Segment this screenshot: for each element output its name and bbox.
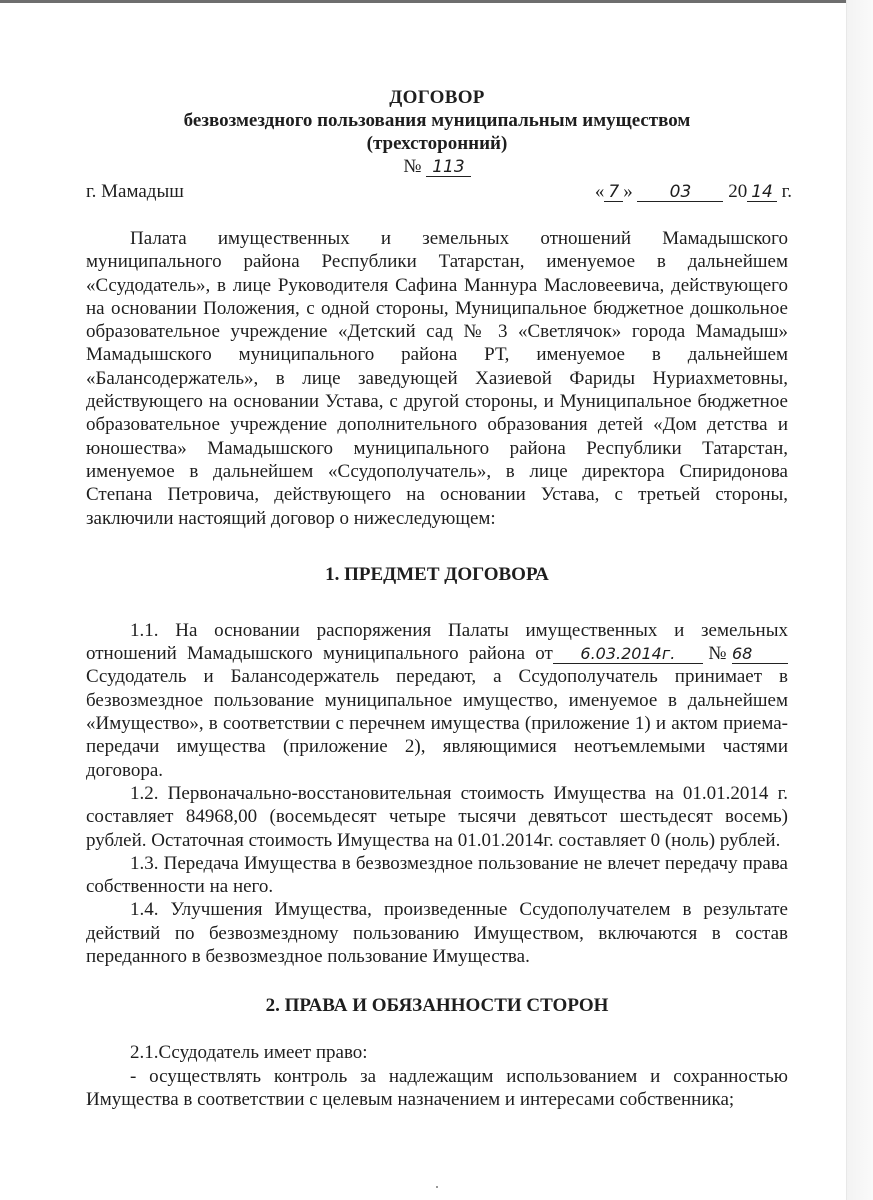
clause-2-1: 2.1.Ссудодатель имеет право: bbox=[86, 1041, 788, 1064]
section-heading-rights: 2. ПРАВА И ОБЯЗАННОСТИ СТОРОН bbox=[86, 994, 788, 1017]
document-subtitle: безвозмездного пользования муниципальным… bbox=[86, 109, 788, 132]
preamble-paragraph: Палата имущественных и земельных отношен… bbox=[86, 227, 788, 530]
order-number-handwritten: 68 bbox=[732, 645, 788, 664]
city: г. Мамадыш bbox=[86, 180, 184, 203]
document-title: ДОГОВОР bbox=[86, 86, 788, 109]
scan-top-edge bbox=[0, 0, 873, 3]
section-heading-subject: 1. ПРЕДМЕТ ДОГОВОРА bbox=[86, 563, 788, 586]
clause-1-3: 1.3. Передача Имущества в безвозмездное … bbox=[86, 852, 788, 899]
number-value-handwritten: 113 bbox=[426, 158, 470, 177]
contract-number: № 113 bbox=[86, 155, 788, 178]
order-num-label: № bbox=[703, 643, 732, 664]
date-year-label: г. bbox=[782, 181, 792, 202]
scan-right-margin bbox=[846, 0, 873, 1200]
date-month-handwritten: 03 bbox=[637, 183, 723, 202]
document-type-note: (трехсторонний) bbox=[86, 132, 788, 155]
date-year-handwritten: 14 bbox=[747, 183, 777, 202]
clause-1-2: 1.2. Первоначально-восстановительная сто… bbox=[86, 782, 788, 852]
clause-1-4: 1.4. Улучшения Имущества, произведенные … bbox=[86, 898, 788, 968]
scan-speck bbox=[436, 1186, 438, 1188]
clause-1-1-text-b: Ссудодатель и Балансодержатель передают,… bbox=[86, 666, 788, 780]
contract-date: «7» 03 2014 г. bbox=[595, 180, 792, 203]
number-label: № bbox=[403, 156, 421, 177]
place-date-line: г. Мамадыш «7» 03 2014 г. bbox=[86, 180, 788, 203]
quote-open: « bbox=[595, 181, 605, 202]
order-date-handwritten: 6.03.2014г. bbox=[553, 645, 703, 664]
quote-close: » bbox=[623, 181, 633, 202]
date-year-prefix: 20 bbox=[728, 181, 747, 202]
clause-2-1-item-1: - осуществлять контроль за надлежащим ис… bbox=[86, 1065, 788, 1112]
date-day-handwritten: 7 bbox=[604, 183, 623, 202]
clause-1-1: 1.1. На основании распоряжения Палаты им… bbox=[86, 619, 788, 782]
document-page: ДОГОВОР безвозмездного пользования муниц… bbox=[86, 86, 788, 1111]
